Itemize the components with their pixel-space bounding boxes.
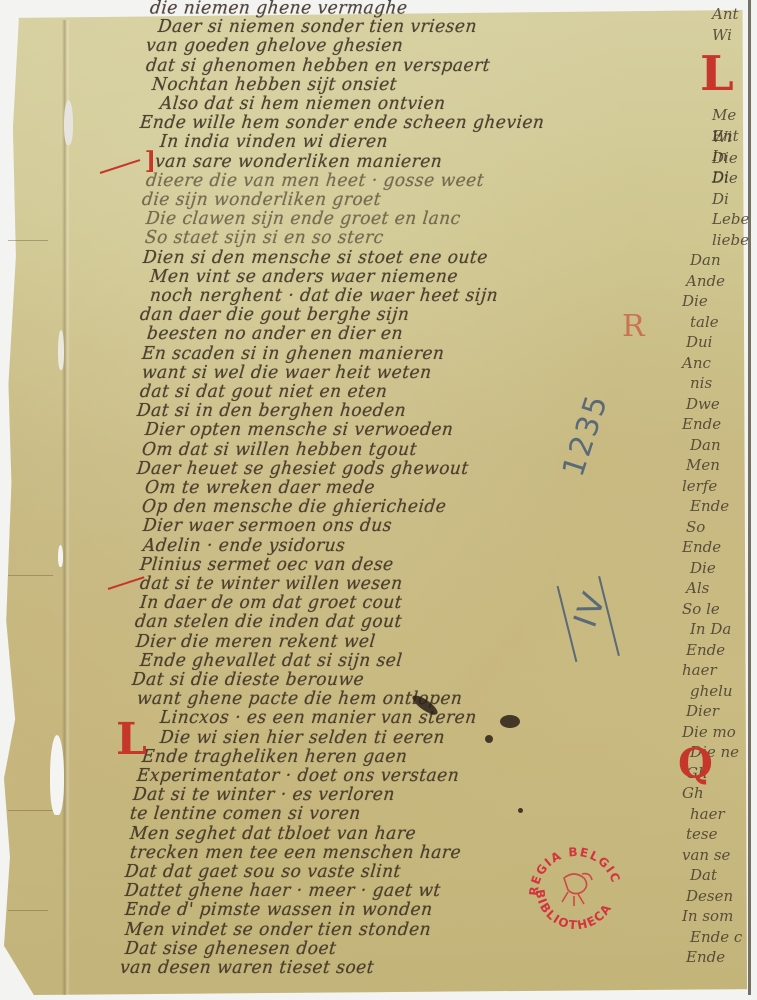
margin-fragment: Ende [686,948,725,966]
margin-fragment: So le [682,600,720,618]
manuscript-line: Also dat si hem niemen ontvien [159,94,447,115]
tear-hole [58,330,64,370]
svg-text:REGIA BELGICA: REGIA BELGICA [524,838,623,896]
manuscript-line: Dat dat gaet sou so vaste slint [124,862,402,883]
manuscript-line: Die wi sien hier selden ti eeren [159,727,446,748]
manuscript-line: Dier opten mensche si verwoeden [144,420,455,441]
margin-fragment: Dan [690,436,721,454]
margin-fragment: Die [712,169,738,187]
manuscript-line: van goeden ghelove ghesien [145,36,404,57]
stamp-seal-icon: REGIA BELGICA BIBLIOTHECA [524,838,628,936]
margin-fragment: Dwe [686,395,720,413]
ink-stain [500,715,520,728]
manuscript-line: die sijn wonderliken groet [141,190,382,211]
margin-fragment: Wi [712,26,732,44]
manuscript-line: Dier waer sermoen ons dus [142,516,393,537]
margin-fragment: Dan [690,251,721,269]
margin-fragment: Dui [686,333,712,351]
margin-fragment: Men [686,456,720,474]
repair-seam [8,810,58,811]
ink-stain [518,808,523,813]
margin-fragment: Ende [690,497,729,515]
margin-fragment: Die mo [682,723,736,741]
margin-fragment: haer [682,661,717,679]
margin-fragment: haer [690,805,725,823]
margin-fragment: nis [690,374,712,392]
rubric-initial-I: I [145,148,153,178]
margin-fragment: Die [682,292,708,310]
tear-hole [64,100,73,145]
manuscript-line: te lentine comen si voren [129,804,362,825]
margin-fragment: So [686,518,705,536]
margin-fragment: Ande [686,272,725,290]
manuscript-line: van desen waren tieset soet [119,958,375,979]
manuscript-line: Dat si die dieste berouwe [131,670,365,691]
manuscript-line: Ende d' pimste wassen in wonden [124,900,434,921]
margin-fragment: Me [712,106,736,124]
margin-fragment: Anc [682,354,711,372]
margin-fragment: Die [690,559,716,577]
manuscript-line: So staet sijn si en so sterc [144,228,385,249]
margin-fragment: Ende [682,538,721,556]
manuscript-line: trecken men tee een menschen hare [129,842,462,863]
manuscript-line: Om te wreken daer mede [144,478,376,499]
tear-hole [58,545,63,567]
library-ownership-stamp: REGIA BELGICA BIBLIOTHECA [524,838,628,936]
fold-crease [62,20,70,995]
manuscript-line: Adelin · ende ysidorus [142,535,346,556]
manuscript-line: Men vint se anders waer niemene [149,266,459,287]
manuscript-line: Dat sise ghenesen doet [124,938,338,959]
manuscript-line: En scaden si in ghenen manieren [141,343,445,364]
manuscript-line: dat si dat gout niet en eten [139,382,388,403]
repair-seam [8,910,48,911]
manuscript-line: Ende tragheliken heren gaen [141,746,408,767]
rubric-initial-L-margin: L [700,50,734,98]
repair-seam [8,240,48,241]
manuscript-line: Ende ghevallet dat si sijn sel [139,650,403,671]
manuscript-line: Dien si den mensche si stoet ene oute [142,247,489,268]
margin-fragment: Ende [686,641,725,659]
ink-stain [485,735,493,743]
margin-fragment: Die [712,149,738,167]
margin-fragment: Ende c [690,928,742,946]
faded-red-initial: R [622,312,645,342]
manuscript-line: dan stelen die inden dat gout [134,612,403,633]
manuscript-line: In india vinden wi dieren [159,132,389,153]
margin-fragment: tale [690,313,719,331]
manuscript-line: dat si te winter willen wesen [139,574,404,595]
margin-fragment: tese [686,825,717,843]
svg-text:BIBLIOTHECA: BIBLIOTHECA [533,888,615,932]
manuscript-line: beesten no ander en dier en [146,324,404,345]
margin-fragment: Lebe [712,210,749,228]
manuscript-line: dat si ghenomen hebben en verspaert [145,55,491,76]
manuscript-line: want si wel die waer heit weten [141,362,433,383]
margin-fragment: Als [686,579,709,597]
manuscript-line: Men vindet se onder tien stonden [124,919,432,940]
margin-fragment: liebe [712,231,749,249]
repair-seam [8,575,53,576]
manuscript-line: Dier die meren rekent wel [135,631,377,652]
margin-fragment: lerfe [682,477,717,495]
tear-hole [50,735,64,815]
margin-fragment: Dat [690,866,717,884]
rubric-initial-L-main: L [116,718,147,762]
manuscript-line: noch nerghent · dat die waer heet sijn [149,286,499,307]
manuscript-line: Experimentator · doet ons verstaen [136,766,460,787]
manuscript-line: Om dat si willen hebben tgout [141,439,418,460]
manuscript-line: Plinius sermet oec van dese [139,554,395,575]
margin-fragment: Ant [712,5,739,23]
margin-fragment: ghelu [690,682,733,700]
margin-fragment: Dier [686,702,719,720]
rubric-initial-Q-margin: Q [678,744,713,784]
manuscript-line: Men seghet dat tbloet van hare [129,823,417,844]
manuscript-line: Daer heuet se ghesiet gods ghewout [136,458,470,479]
margin-fragment: Di [712,190,729,208]
margin-fragment: Ende [682,415,721,433]
margin-fragment: van se [682,846,730,864]
leaf-edge-shadow [748,0,751,995]
manuscript-line: dieere die van men heet · gosse weet [145,170,485,191]
manuscript-line: Nochtan hebben sijt onsiet [151,74,398,95]
margin-fragment: In som [682,907,733,925]
margin-fragment: Desen [686,887,733,905]
manuscript-line: van sare wonderliken manieren [154,151,443,172]
margin-fragment: Wi [712,128,732,146]
margin-fragment: In Da [690,620,731,638]
